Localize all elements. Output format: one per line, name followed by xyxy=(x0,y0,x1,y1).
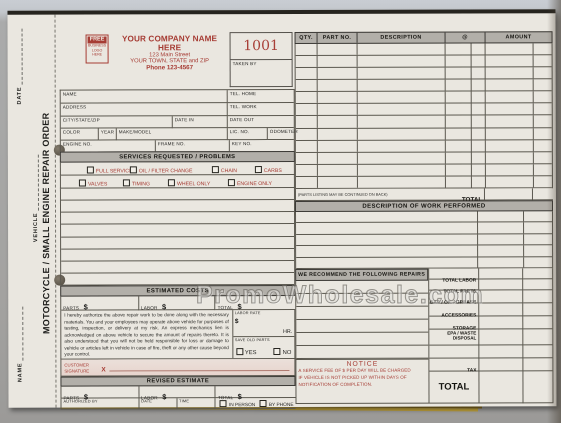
grid-cell xyxy=(486,152,534,163)
photo-shadow xyxy=(547,0,561,423)
checkbox-oil-filter-change: OIL / FILTER CHANGE xyxy=(130,166,193,174)
grid-row xyxy=(296,80,552,93)
authorized-date-cell: DATE xyxy=(139,398,177,409)
grid-cell xyxy=(358,80,446,91)
form-body: FREE BUSINESS LOGO HERE YOUR COMPANY NAM… xyxy=(59,13,553,407)
checkbox-full-service: FULL SERVICE xyxy=(87,166,133,174)
grid-cell xyxy=(318,128,358,139)
grid-cell xyxy=(296,56,318,67)
grid-cell xyxy=(486,164,534,175)
grid-row xyxy=(296,67,552,80)
checkbox-yes: YES xyxy=(236,348,257,356)
perforation-line xyxy=(54,15,56,408)
parts-total-row: (PARTS LISTING MAY BE CONTINUED ON BACK)… xyxy=(295,188,553,201)
revised-estimate-row: PARTS $ LABOR $ TOTAL $ xyxy=(60,386,295,399)
grid-cell xyxy=(318,104,358,115)
grid-cell xyxy=(472,140,486,151)
grid-cell xyxy=(358,104,446,115)
grid-row xyxy=(296,140,552,153)
grid-cell xyxy=(296,44,318,55)
grid-cell xyxy=(296,223,478,234)
stub-date-writein-line xyxy=(22,29,23,85)
grid-cell xyxy=(478,234,524,245)
grid-row xyxy=(296,128,552,141)
grid-row xyxy=(61,249,294,262)
grid-cell xyxy=(446,56,472,67)
grid-cell xyxy=(318,116,358,127)
charge-amount-cell xyxy=(479,290,523,303)
grid-cell xyxy=(296,68,318,79)
grid-cell xyxy=(446,92,472,103)
revised-labor-cell: LABOR $ xyxy=(139,386,216,398)
grid-cell xyxy=(486,55,534,66)
free-logo-badge: FREE BUSINESS LOGO HERE xyxy=(86,34,109,63)
parts-table-rows xyxy=(295,43,553,189)
grid-row xyxy=(296,234,552,246)
grid-cell xyxy=(296,177,318,188)
grid-cell xyxy=(472,152,486,163)
charge-amount-cell xyxy=(479,268,523,279)
grid-cell xyxy=(296,116,318,127)
grid-cell xyxy=(486,116,534,127)
revised-total-cell: TOTAL $ xyxy=(216,386,296,398)
checkbox-valves: VALVES xyxy=(79,179,107,187)
charge-amount-cell xyxy=(479,345,523,358)
grid-row xyxy=(296,116,552,129)
authorization-text: I hereby authorize the above repair work… xyxy=(61,310,232,358)
services-writein-lines xyxy=(60,188,295,286)
grid-cell xyxy=(296,165,318,176)
recommend-header: WE RECOMMEND THE FOLLOWING REPAIRS xyxy=(295,269,428,281)
authorized-by-cell: AUTHORIZED BY xyxy=(61,398,139,409)
checkbox-icon xyxy=(236,348,243,355)
charge-amount-cell xyxy=(479,358,523,371)
checkbox-icon xyxy=(220,400,227,407)
taken-by-box: TAKEN BY xyxy=(230,60,293,87)
checkbox-icon xyxy=(274,348,281,355)
grid-cell xyxy=(358,140,446,151)
right-column: QTY. PART NO. DESCRIPTION @ AMOUNT (PART… xyxy=(294,13,553,407)
stub-vehicle-label: VEHICLE xyxy=(33,213,39,242)
charge-amount-cell xyxy=(479,279,523,290)
grid-cell xyxy=(472,68,486,79)
grid-cell xyxy=(296,141,318,152)
grid-cell xyxy=(472,104,486,115)
grid-cell xyxy=(296,346,428,358)
grid-row xyxy=(296,245,552,257)
order-number: 1001 xyxy=(243,38,279,54)
grid-cell xyxy=(486,92,534,103)
checkbox-no: NO xyxy=(274,348,292,356)
grid-cell xyxy=(61,249,294,261)
free-badge-text: FREE xyxy=(88,36,107,43)
grid-row xyxy=(296,43,552,56)
notice-box: NOTICE A SERVICE FEE OF $ PER DAY WILL B… xyxy=(295,359,428,404)
checkbox-timing: TIMING xyxy=(123,179,150,187)
col-part-no: PART NO. xyxy=(318,33,358,43)
revised-parts-cell: PARTS $ xyxy=(61,386,139,398)
stub-vehicle-writein-line xyxy=(38,155,39,211)
grid-cell xyxy=(318,80,358,91)
grid-cell xyxy=(446,152,472,163)
repair-order-form: DATE VEHICLE NAME MOTORCYCLE / SMALL ENG… xyxy=(7,9,556,407)
grid-row xyxy=(61,188,294,201)
grid-row xyxy=(296,55,552,68)
checkbox-icon xyxy=(123,179,130,186)
authorization-section: I hereby authorize the above repair work… xyxy=(60,310,295,360)
checkbox-chain: CHAIN xyxy=(212,166,237,174)
grid-cell xyxy=(486,104,534,115)
col-qty: QTY. xyxy=(296,33,318,43)
customer-signature-row: CUSTOMERSIGNATURE X xyxy=(60,359,295,377)
checkbox-icon xyxy=(168,179,175,186)
checkbox-carbs: CARBS xyxy=(255,166,282,174)
form-title: MOTORCYCLE / SMALL ENGINE REPAIR ORDER xyxy=(41,113,52,334)
grid-row xyxy=(296,152,552,165)
grid-cell xyxy=(472,128,486,139)
services-header: SERVICES REQUESTED / PROBLEMS xyxy=(60,151,295,163)
charge-amount-cell xyxy=(479,316,523,329)
grid-cell xyxy=(318,56,358,67)
grid-cell xyxy=(318,92,358,103)
field-year: YEAR xyxy=(99,128,117,140)
grid-cell xyxy=(446,164,472,175)
save-old-parts-label: SAVE OLD PARTS xyxy=(233,337,294,343)
grid-row xyxy=(296,320,428,333)
grid-cell xyxy=(318,140,358,151)
labor-rate-unit: HR. xyxy=(283,329,292,335)
services-row-2: VALVES TIMING WHEEL ONLY ENGINE ONLY xyxy=(60,175,295,189)
grid-cell xyxy=(472,116,486,127)
authorized-time-cell: TIME xyxy=(177,398,216,409)
grid-cell xyxy=(61,188,294,200)
stub-name-writein-line xyxy=(22,307,23,361)
authorized-contact-cell: IN PERSON BY PHONE xyxy=(216,398,296,409)
grid-cell xyxy=(296,234,478,245)
grid-cell xyxy=(446,116,472,127)
grid-cell xyxy=(472,176,486,187)
parts-total-amount-cell xyxy=(485,188,533,200)
parts-table-header: QTY. PART NO. DESCRIPTION @ AMOUNT xyxy=(295,31,553,44)
taken-by-label: TAKEN BY xyxy=(231,60,292,67)
form-stub: DATE VEHICLE NAME MOTORCYCLE / SMALL ENG… xyxy=(7,15,60,408)
col-amount: AMOUNT xyxy=(486,32,552,42)
grid-row xyxy=(61,236,294,249)
customer-info-table: NAME TEL. HOME ADDRESS TEL. WORK CITY/ST… xyxy=(60,89,295,152)
grid-cell xyxy=(472,80,486,91)
grid-row xyxy=(61,261,294,274)
grid-cell xyxy=(358,56,446,67)
charge-amount-cell xyxy=(479,329,523,345)
grid-cell xyxy=(472,164,486,175)
checkbox-icon xyxy=(228,179,235,186)
company-block: YOUR COMPANY NAME HERE 123 Main Street Y… xyxy=(110,34,230,71)
stub-name-label: NAME xyxy=(17,363,23,382)
grid-cell xyxy=(61,200,294,212)
checkbox-by-phone: BY PHONE xyxy=(260,400,294,408)
authorized-by-row: AUTHORIZED BY DATE TIME IN PERSON BY PHO… xyxy=(60,398,295,410)
field-tel-work: TEL. WORK xyxy=(228,103,294,116)
checkbox-icon xyxy=(212,166,219,173)
work-performed-header: DESCRIPTION OF WORK PERFORMED xyxy=(295,200,553,212)
grid-cell xyxy=(318,165,358,176)
field-address: ADDRESS xyxy=(61,103,228,116)
grid-cell xyxy=(486,67,534,78)
grid-cell xyxy=(296,211,478,222)
checkbox-icon xyxy=(87,166,94,173)
field-date-in: DATE IN xyxy=(173,116,228,128)
continued-note: (PARTS LISTING MAY BE CONTINUED ON BACK) xyxy=(296,189,445,201)
grid-cell xyxy=(296,320,428,332)
grid-cell xyxy=(486,80,534,91)
signature-line xyxy=(109,370,289,371)
grid-cell xyxy=(478,211,524,222)
grid-cell xyxy=(478,246,524,257)
field-city-state-zip: CITY/STATE/ZIP xyxy=(61,116,173,128)
grid-cell xyxy=(486,43,534,54)
grid-cell xyxy=(446,140,472,151)
grid-cell xyxy=(446,80,472,91)
labor-rate-currency: $ xyxy=(235,318,239,325)
field-date-out: DATE OUT xyxy=(228,116,294,128)
grid-cell xyxy=(358,68,446,79)
grid-cell xyxy=(472,92,486,103)
grand-total-label: TOTAL xyxy=(429,371,479,403)
grid-cell xyxy=(296,92,318,103)
checkbox-engine-only: ENGINE ONLY xyxy=(228,179,272,187)
work-performed-rows xyxy=(295,211,553,269)
grid-cell xyxy=(358,116,446,127)
grid-cell xyxy=(358,44,446,55)
grid-cell xyxy=(296,128,318,139)
grid-row xyxy=(61,224,294,237)
stub-date-label: DATE xyxy=(17,87,23,105)
company-name: YOUR COMPANY NAME HERE xyxy=(110,34,230,52)
estimated-parts-cell: PARTS $ xyxy=(61,296,139,310)
charge-storage: STORAGE xyxy=(429,316,479,329)
checkbox-icon xyxy=(255,166,262,173)
grid-cell xyxy=(358,128,446,139)
grid-cell xyxy=(61,224,294,236)
grid-row xyxy=(61,212,294,225)
grid-row xyxy=(296,104,552,117)
grid-cell xyxy=(472,56,486,67)
left-column: FREE BUSINESS LOGO HERE YOUR COMPANY NAM… xyxy=(59,14,295,408)
order-number-box: 1001 xyxy=(230,32,293,60)
grid-cell xyxy=(296,80,318,91)
checkbox-icon xyxy=(130,166,137,173)
checkbox-in-person: IN PERSON xyxy=(220,400,255,408)
rate-save-column: LABOR RATE $ HR. SAVE OLD PARTS YES NO xyxy=(232,310,295,358)
grid-cell xyxy=(358,176,446,187)
parts-total-label: TOTAL xyxy=(445,188,485,200)
col-at: @ xyxy=(446,32,486,42)
grid-cell xyxy=(486,176,534,187)
grid-cell xyxy=(358,164,446,175)
labor-rate-label: LABOR RATE xyxy=(233,310,294,316)
charge-blank xyxy=(429,345,479,358)
grid-cell xyxy=(446,176,472,187)
grid-cell xyxy=(318,177,358,188)
checkbox-icon xyxy=(260,400,267,407)
field-lic-no: LIC. NO. xyxy=(228,128,268,140)
field-tel-home: TEL. HOME xyxy=(228,90,294,103)
grid-cell xyxy=(296,104,318,115)
grid-cell xyxy=(318,68,358,79)
field-name: NAME xyxy=(61,90,228,103)
grid-cell xyxy=(318,44,358,55)
grid-cell xyxy=(486,140,534,151)
grid-cell xyxy=(296,153,318,164)
revised-estimate-header: REVISED ESTIMATE xyxy=(60,376,295,387)
grid-row xyxy=(296,257,552,269)
grid-cell xyxy=(358,152,446,163)
signature-x: X xyxy=(101,366,105,373)
field-color: COLOR xyxy=(61,128,99,140)
grid-cell xyxy=(446,104,472,115)
grid-cell xyxy=(296,333,428,345)
grid-cell xyxy=(296,246,478,257)
notice-text: NOTIFICATION OF COMPLETION. xyxy=(296,381,428,388)
field-odometer: ODOMETER xyxy=(268,128,294,140)
charge-epa-waste-disposal: EPA / WASTE DISPOSAL xyxy=(429,329,479,345)
notice-text: A SERVICE FEE OF $ PER DAY WILL BE CHARG… xyxy=(296,368,428,375)
grid-cell xyxy=(446,128,472,139)
grand-total-amount-cell xyxy=(479,371,523,403)
grid-row xyxy=(296,164,552,177)
grid-cell xyxy=(478,257,524,268)
grid-cell xyxy=(296,257,478,268)
grid-row xyxy=(61,200,294,213)
grid-row xyxy=(296,333,428,346)
charge-total-labor: TOTAL LABOR xyxy=(429,268,479,279)
grid-row xyxy=(296,211,552,223)
grid-cell xyxy=(486,128,534,139)
grid-cell xyxy=(61,261,294,273)
grid-row xyxy=(296,176,552,189)
grid-cell xyxy=(61,212,294,224)
checkbox-wheel-only: WHEEL ONLY xyxy=(168,179,210,187)
charge-amount-cell xyxy=(479,303,523,316)
free-badge-sub: HERE xyxy=(88,53,107,58)
grid-cell xyxy=(478,223,524,234)
signature-label: CUSTOMERSIGNATURE xyxy=(64,363,89,374)
col-description: DESCRIPTION xyxy=(358,33,446,43)
grid-cell xyxy=(61,236,294,248)
grid-cell xyxy=(446,68,472,79)
photo-background: DATE VEHICLE NAME MOTORCYCLE / SMALL ENG… xyxy=(0,0,561,423)
save-old-parts-box: SAVE OLD PARTS YES NO xyxy=(233,337,295,359)
labor-rate-box: LABOR RATE $ HR. xyxy=(233,310,295,337)
company-phone: Phone 123-4567 xyxy=(110,64,230,71)
grid-row xyxy=(296,223,552,235)
grid-row xyxy=(296,346,428,359)
grid-cell xyxy=(472,43,486,54)
field-make-model: MAKE/MODEL xyxy=(117,128,228,140)
checkbox-icon xyxy=(79,180,86,187)
services-row-1: FULL SERVICE OIL / FILTER CHANGE CHAIN C… xyxy=(60,162,295,176)
watermark: PromoWholesale.com xyxy=(196,281,484,310)
grid-row xyxy=(296,92,552,105)
charge-tax: TAX xyxy=(429,358,479,371)
grid-cell xyxy=(358,92,446,103)
grid-cell xyxy=(446,44,472,55)
grid-cell xyxy=(318,153,358,164)
